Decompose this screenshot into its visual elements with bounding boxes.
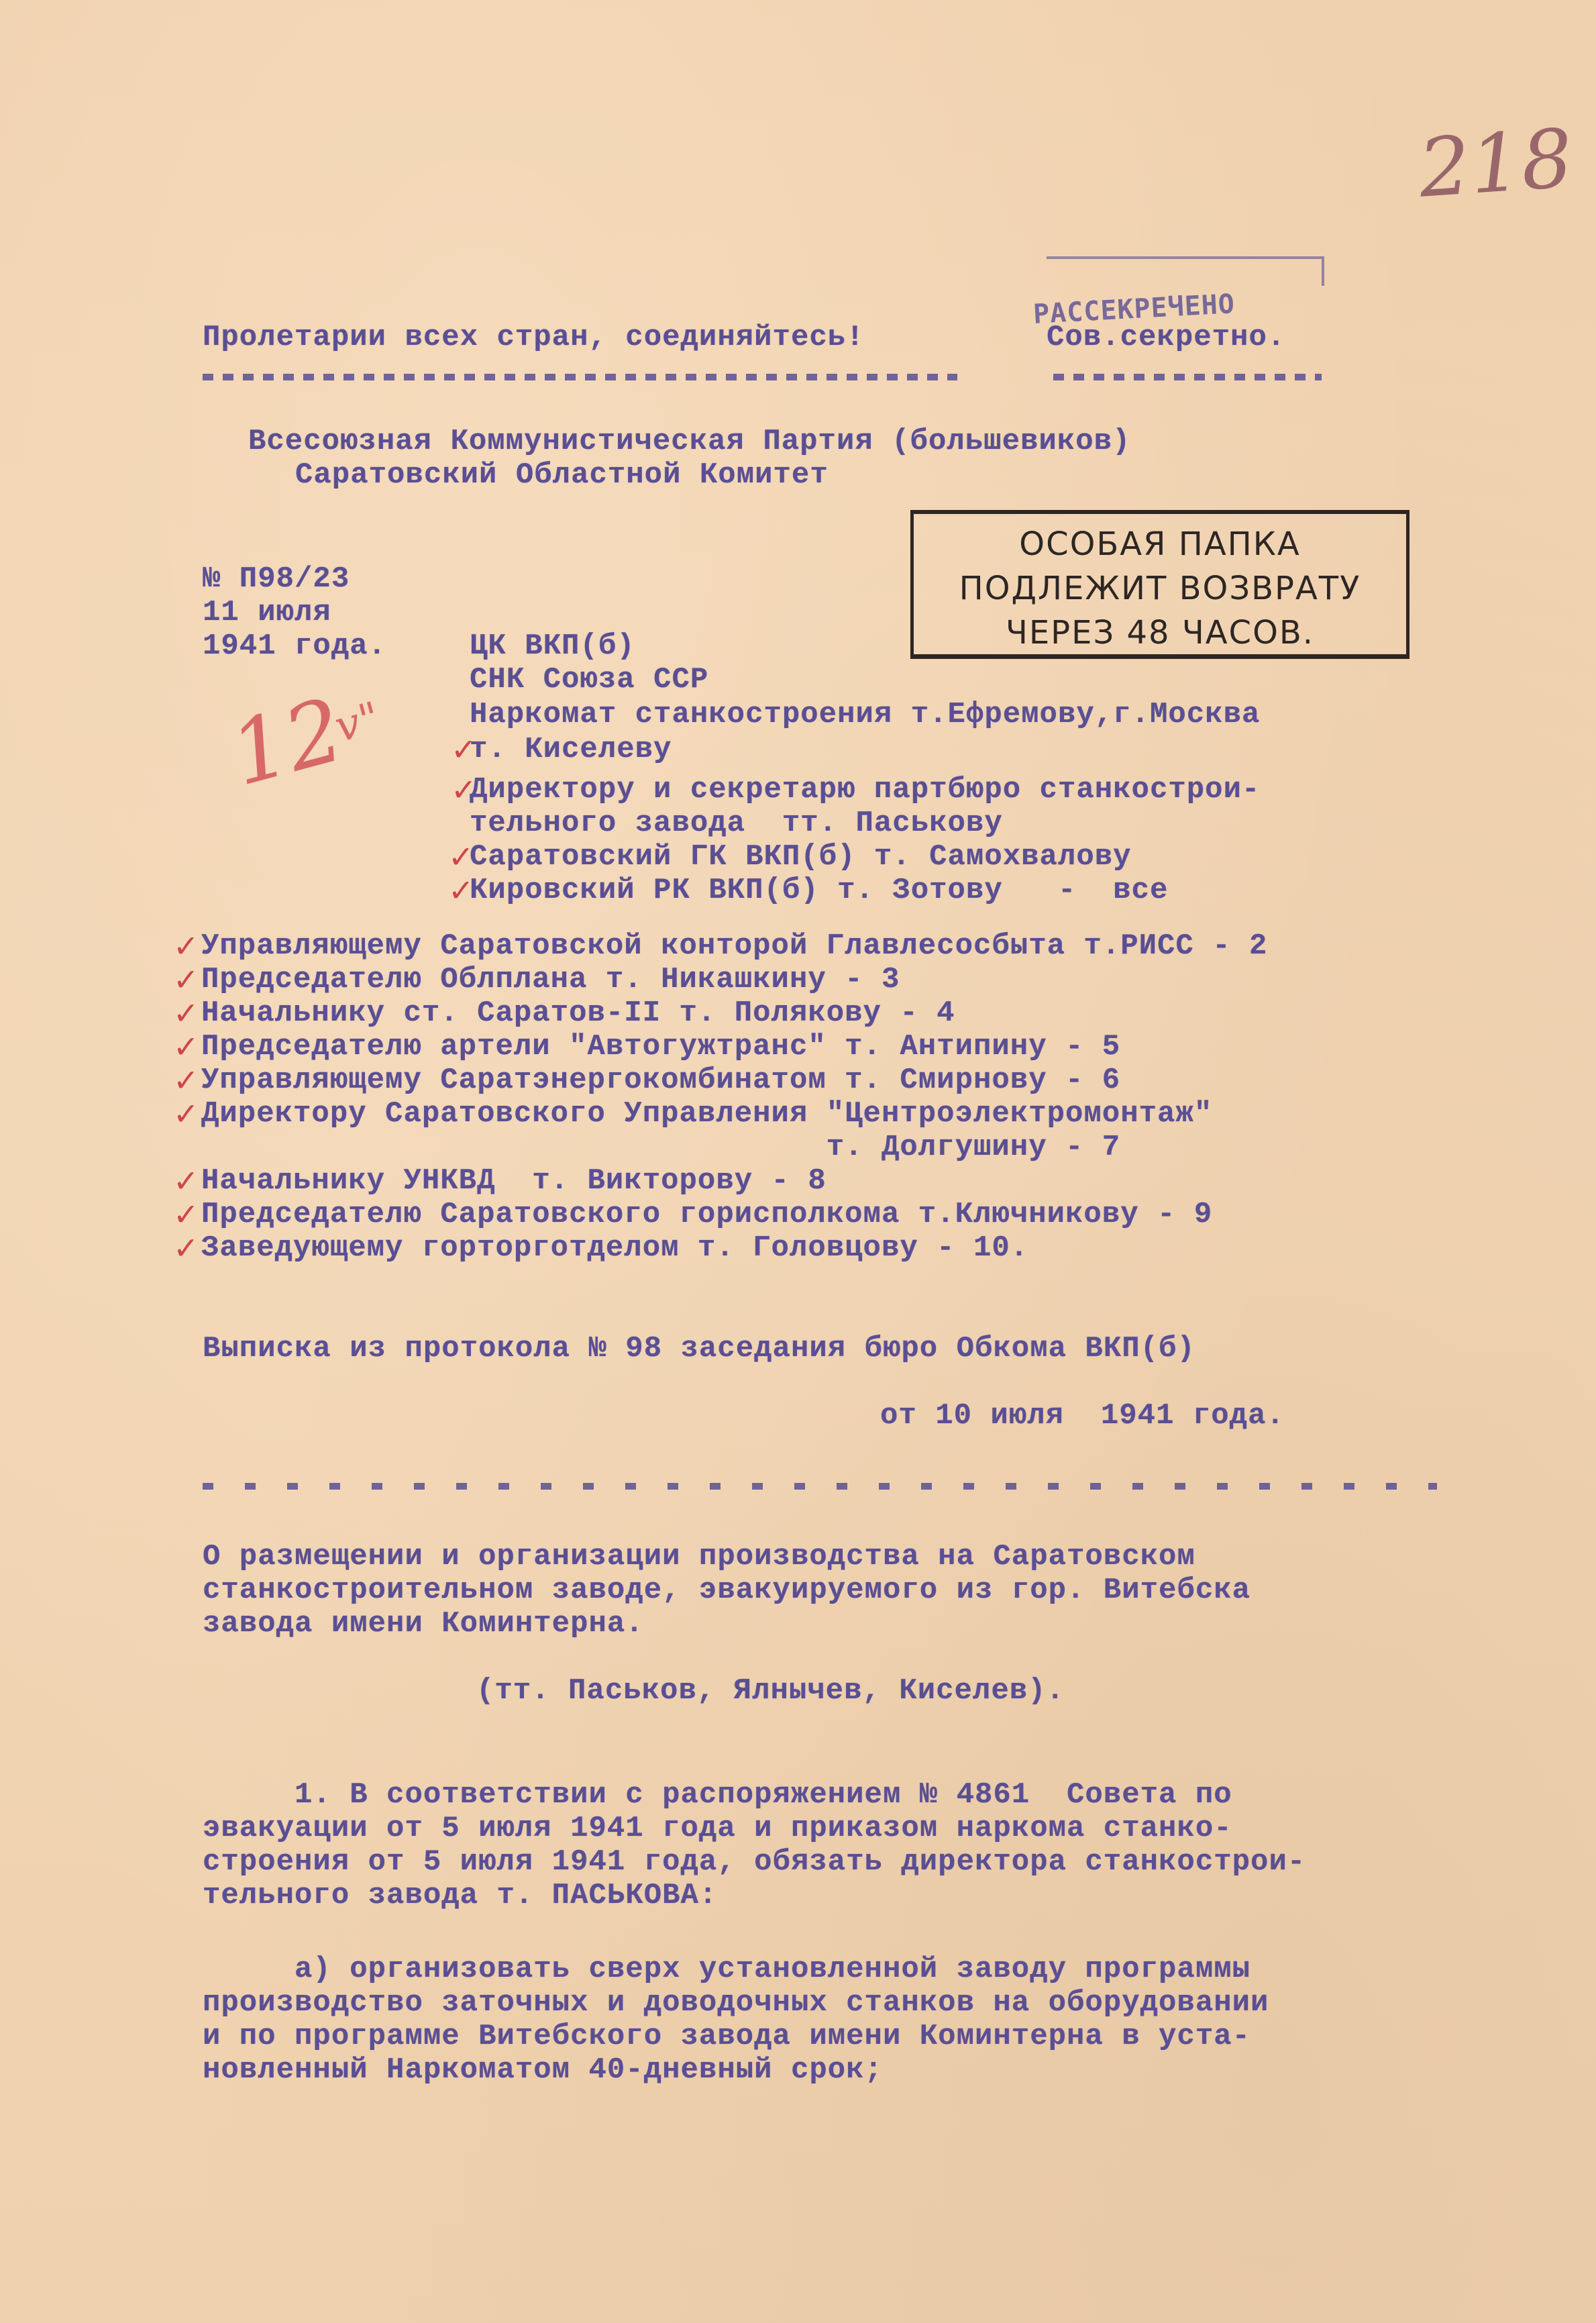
recipient-item: Начальнику ст. Саратов-II т. Полякову - … [201,996,955,1030]
recipient-item: Директору и секретарю партбюро станкостр… [470,773,1260,807]
recipient-item: Заведующему горторготделом т. Головцову … [201,1231,1028,1265]
classification-label: Сов.секретно. [1047,321,1285,354]
body-line: эвакуации от 5 июля 1941 года и приказом… [203,1812,1232,1845]
body-line: а) организовать сверх установленной заво… [203,1953,1251,1986]
recipient-item: Директору Саратовского Управления "Центр… [201,1097,1212,1131]
recipient-item: ЦК ВКП(б) [470,629,635,663]
recipient-item: Председателю Саратовского горисполкома т… [201,1198,1212,1231]
checkmark-icon: ✓ [173,1198,199,1231]
checkmark-icon: ✓ [173,1097,199,1131]
page-number: 218 [1416,119,1575,210]
reference-date-day: 11 июля [203,596,331,629]
checkmark-icon: ✓ [173,963,199,996]
recipient-item: Председателю Облплана т. Никашкину - 3 [201,963,900,996]
extract-date: от 10 июля 1941 года. [880,1399,1285,1433]
body-line: новленный Наркоматом 40-дневный срок; [203,2053,883,2087]
checkmark-icon: ✓ [173,1231,199,1265]
extract-title: Выписка из протокола № 98 заседания бюро… [203,1332,1195,1365]
recipient-item: Управляющему Саратэнергокомбинатом т. См… [201,1064,1120,1097]
section-divider [203,1483,1437,1490]
recipient-item: тельного завода тт. Паськову [470,807,1003,840]
checkmark-icon: ✓ [173,1030,199,1064]
margin-note-number: 12 [220,678,354,806]
recipient-item: т. Киселеву [470,733,672,766]
slogan: Пролетарии всех стран, соединяйтесь! [203,321,865,354]
org-heading-line1: Всесоюзная Коммунистическая Партия (боль… [248,425,1130,458]
declassified-stamp-frame [1047,256,1324,286]
body-line: производство заточных и доводочных станк… [203,1986,1269,2020]
slogan-underline [203,374,957,380]
recipient-item: СНК Союза ССР [470,663,708,696]
recipient-item: т. Долгушину - 7 [201,1131,1120,1164]
document-page: 218 Пролетарии всех стран, соединяйтесь!… [0,0,1596,2323]
recipient-item: Кировский РК ВКП(б) т. Зотову - все [470,874,1168,907]
checkmark-icon: ✓ [173,996,199,1030]
subject-participants: (тт. Паськов, Ялнычев, Киселев). [476,1674,1065,1708]
org-heading-line2: Саратовский Областной Комитет [295,458,829,492]
body-line: строения от 5 июля 1941 года, обязать ди… [203,1845,1306,1879]
special-folder-stamp-line3: ЧЕРЕЗ 48 ЧАСОВ. [914,611,1406,655]
checkmark-icon: ✓ [173,1164,199,1198]
body-line: 1. В соответствии с распоряжением № 4861… [203,1778,1232,1812]
recipient-item: Начальнику УНКВД т. Викторову - 8 [201,1164,827,1198]
subject-line: станкостроительном заводе, эвакуируемого… [203,1573,1251,1607]
body-line: тельного завода т. ПАСЬКОВА: [203,1879,717,1912]
subject-line: О размещении и организации производства … [203,1540,1195,1573]
body-line: и по программе Витебского завода имени К… [203,2020,1251,2053]
checkmark-icon: ✓ [173,1064,199,1097]
recipient-item: Саратовский ГК ВКП(б) т. Самохвалову [470,840,1132,874]
recipient-item: Управляющему Саратовской конторой Главле… [201,929,1267,963]
reference-date-year: 1941 года. [203,629,386,663]
special-folder-stamp-line2: ПОДЛЕЖИТ ВОЗВРАТУ [914,566,1406,611]
special-folder-stamp-line1: ОСОБАЯ ПАПКА [914,522,1406,566]
reference-number: № П98/23 [203,562,350,596]
recipient-item: Председателю артели "Автогужтранс" т. Ан… [201,1030,1120,1064]
subject-line: завода имени Коминтерна. [203,1607,644,1641]
special-folder-stamp: ОСОБАЯ ПАПКА ПОДЛЕЖИТ ВОЗВРАТУ ЧЕРЕЗ 48 … [910,510,1409,659]
checkmark-icon: ✓ [173,929,199,963]
recipient-item: Наркомат станкостроения т.Ефремову,г.Мос… [470,698,1260,731]
classification-underline [1053,374,1322,380]
